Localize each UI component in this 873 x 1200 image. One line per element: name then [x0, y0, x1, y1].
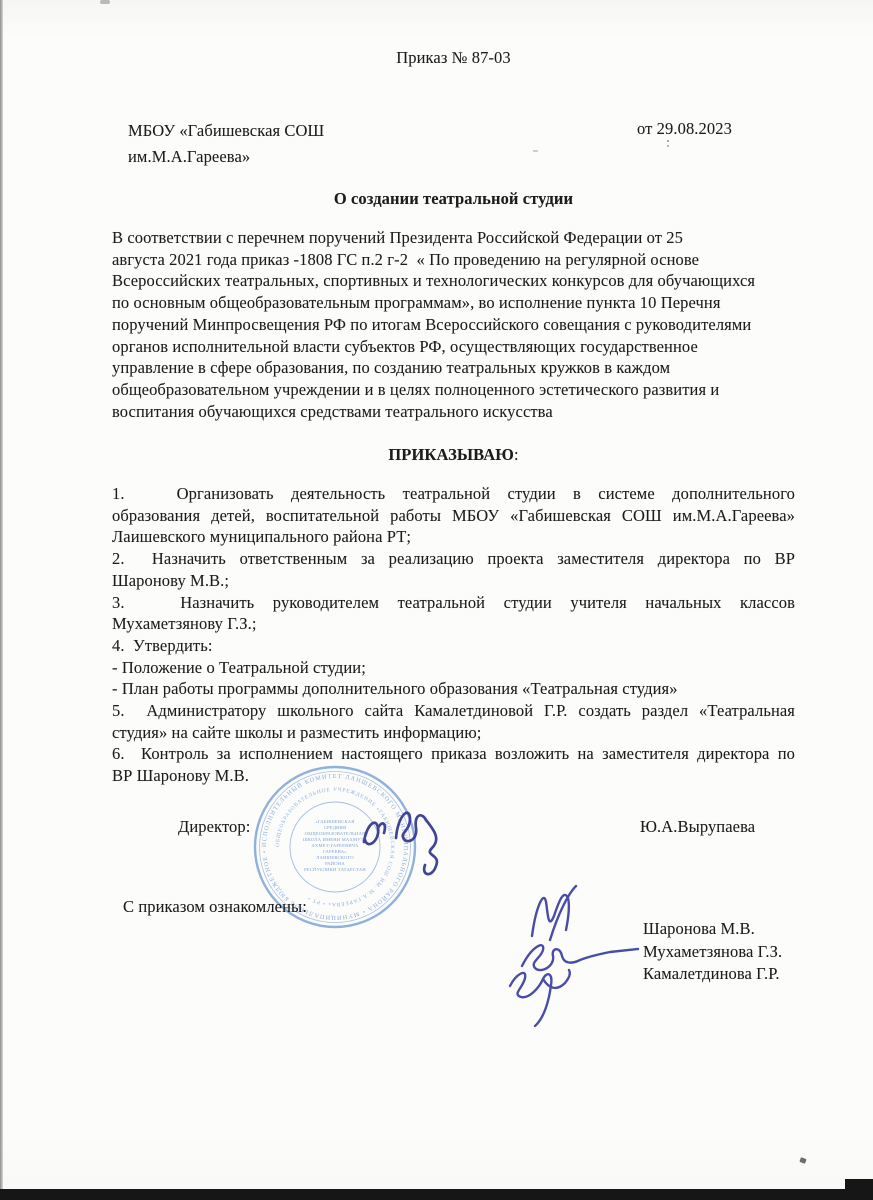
- scan-edge-left: [0, 0, 3, 1200]
- organization-name-line: МБОУ «Габишевская СОШ: [128, 118, 324, 144]
- decree-heading: ПРИКАЗЫВАЮ:: [112, 444, 795, 466]
- order-subject: О создании театральной студии: [112, 188, 795, 210]
- organization-name-line: им.М.А.Гареева»: [128, 144, 324, 170]
- signatory-name: Камалетдинова Г.Р.: [643, 963, 782, 986]
- order-item-line: - Положение о Театральной студии;: [112, 657, 795, 679]
- signature-kamaletdinova-tail: [543, 970, 570, 988]
- director-name: Ю.А.Вырупаева: [640, 816, 755, 838]
- order-item-line: 4. Утвердить:: [112, 635, 795, 657]
- decree-colon: :: [514, 445, 519, 464]
- decree-word: ПРИКАЗЫВАЮ: [388, 445, 514, 464]
- stamp-center-line: ГАРЕЕВА»: [323, 849, 347, 854]
- order-item-line: ВР Шаронову М.В.: [112, 765, 795, 787]
- order-item-line: студия» на сайте школы и разместить инфо…: [112, 722, 795, 744]
- signatory-name: Шаронова М.В.: [643, 918, 782, 941]
- scanned-order-page: { "document": { "order_no": "Приказ № 87…: [0, 0, 873, 1200]
- signature-sharonova: [532, 895, 569, 936]
- scan-speck: [667, 140, 669, 142]
- preamble-line: управление в сфере образования, по созда…: [112, 357, 795, 379]
- scan-speck: [799, 1157, 806, 1164]
- preamble-line: Всероссийских театральных, спортивных и …: [112, 270, 795, 292]
- stamp-center-line: «ГАБИШЕВСКАЯ: [315, 819, 354, 824]
- stamp-center-line: СРЕДНЯЯ: [324, 825, 346, 830]
- preamble-line: по основным общеобразовательным программ…: [112, 292, 795, 314]
- order-item-line: 5. Администратору школьного сайта Камале…: [112, 700, 795, 722]
- preamble-line: поручений Минпросвещения РФ по итогам Вс…: [112, 314, 795, 336]
- preamble: В соответствии с перечнем поручений През…: [112, 227, 795, 422]
- preamble-line: органов исполнительной власти субъектов …: [112, 336, 795, 358]
- scan-speck: [533, 150, 538, 152]
- signatory-name: Мухаметзянова Г.З.: [643, 941, 782, 964]
- preamble-line: общеобразовательном учреждении и в целях…: [112, 379, 795, 401]
- stamp-center-line: РАЙОНА: [325, 861, 345, 866]
- order-item-line: образования детей, воспитательной работы…: [112, 505, 795, 527]
- order-item-line: 3. Назначить руководителем театральной с…: [112, 592, 795, 614]
- director-signature: [350, 792, 470, 907]
- order-item-line: - План работы программы дополнительного …: [112, 678, 795, 700]
- scan-edge-bottom: [0, 1189, 873, 1200]
- order-item-line: Мухаметзянову Г.З.;: [112, 613, 795, 635]
- signatory-names: Шаронова М.В.Мухаметзянова Г.З.Камалетди…: [643, 918, 782, 986]
- stamp-center-line: ЛАИШЕВСКОГО: [316, 855, 354, 860]
- director-label: Директор:: [178, 816, 250, 838]
- acknowledgment-label: С приказом ознакомлены:: [123, 896, 307, 918]
- order-item-line: 1. Организовать деятельность театральной…: [112, 483, 795, 505]
- preamble-line: августа 2021 года приказ -1808 ГС п.2 г-…: [112, 249, 795, 271]
- signature-cluster: [498, 878, 663, 1033]
- scan-mark-top: [100, 0, 110, 4]
- signature-mukhametzyanova: [522, 945, 638, 970]
- order-item-line: Лаишевского муниципального района РТ;: [112, 526, 795, 548]
- order-number: Приказ № 87-03: [112, 47, 795, 69]
- order-item-line: Шаронову М.В.;: [112, 570, 795, 592]
- order-date: от 29.08.2023: [637, 118, 732, 140]
- preamble-line: воспитания обучающихся средствами театра…: [112, 401, 795, 423]
- order-item-line: 2. Назначить ответственным за реализацию…: [112, 548, 795, 570]
- scan-edge-corner: [845, 1179, 873, 1200]
- organization-name: МБОУ «Габишевская СОШим.М.А.Гареева»: [128, 118, 324, 170]
- order-item-line: 6. Контроль за исполнением настоящего пр…: [112, 743, 795, 765]
- order-items: 1. Организовать деятельность театральной…: [112, 483, 795, 787]
- preamble-line: В соответствии с перечнем поручений През…: [112, 227, 795, 249]
